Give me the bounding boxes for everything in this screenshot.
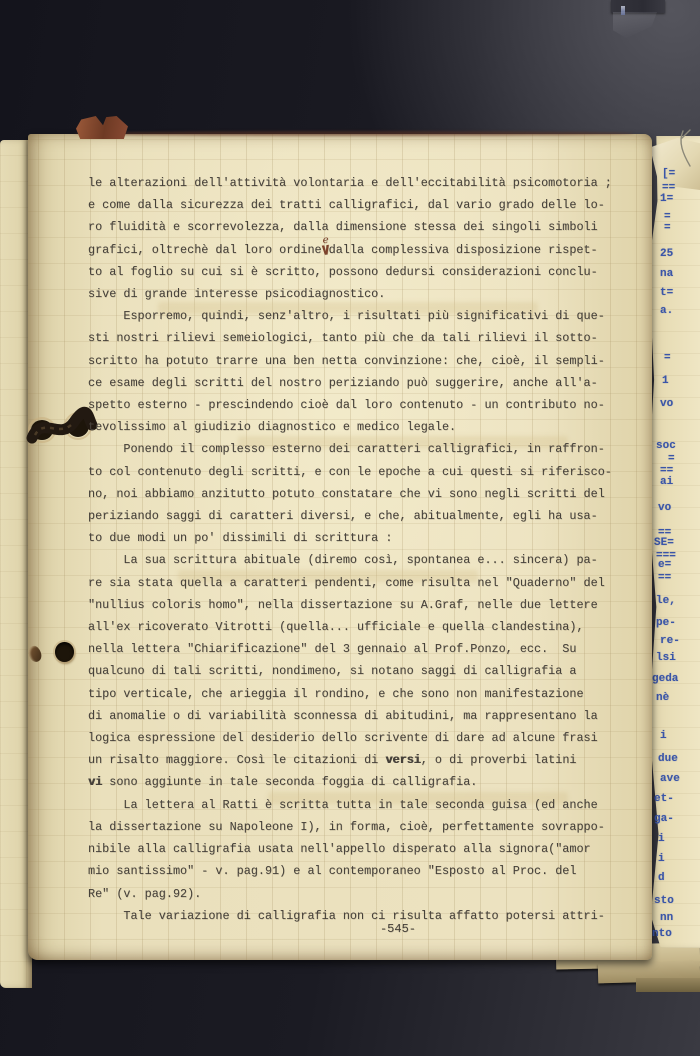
text-line: Esporremo, quindi, senz'altro, i risulta… bbox=[88, 305, 648, 327]
margin-fragment: 1 bbox=[662, 375, 669, 387]
document-page: le alterazioni dell'attività volontaria … bbox=[28, 134, 652, 960]
text-segment: di anomalie o di variabilità sconnessa d… bbox=[88, 709, 598, 723]
text-line: La lettera al Ratti è scritta tutta in t… bbox=[88, 794, 648, 816]
text-segment: , o di proverbi latini bbox=[421, 753, 577, 767]
page-top-edge bbox=[74, 131, 634, 136]
text-segment: logica espressione del desiderio dello s… bbox=[88, 731, 598, 745]
text-line: le alterazioni dell'attività volontaria … bbox=[88, 172, 648, 194]
text-line: nibile alla calligrafia usata nell'appel… bbox=[88, 838, 648, 860]
text-segment: "nullius coloris homo", nella dissertazi… bbox=[88, 598, 598, 612]
text-segment: spetto esterno - prescindendo cioè dal l… bbox=[88, 398, 605, 412]
pencil-squiggle bbox=[668, 126, 696, 170]
text-segment: scritto ha potuto trarre una ben netta c… bbox=[88, 354, 605, 368]
margin-fragment: et- bbox=[654, 793, 674, 805]
text-segment: to due modi un po' dissimili di scrittur… bbox=[88, 531, 392, 545]
scanned-document: [===1===25nat=a.=1vosoc===aivo==SE====e=… bbox=[0, 0, 700, 1056]
binding-cord bbox=[2, 392, 102, 462]
text-line: to col contenuto degli scritti, e con le… bbox=[88, 461, 648, 483]
text-line: logica espressione del desiderio dello s… bbox=[88, 727, 648, 749]
text-segment: e come dalla sicurezza dei tratti callig… bbox=[88, 198, 605, 212]
margin-fragment: i bbox=[660, 730, 667, 742]
text-segment: qualcuno di tali scritti, nondimeno, si … bbox=[88, 664, 576, 678]
text-line: sti nostri rilievi semeiologici, tanto p… bbox=[88, 327, 648, 349]
margin-fragment: = bbox=[668, 453, 675, 465]
typewritten-text: le alterazioni dell'attività volontaria … bbox=[88, 172, 648, 927]
text-segment: La lettera al Ratti è scritta tutta in t… bbox=[88, 798, 598, 812]
margin-fragment: lsi bbox=[656, 652, 676, 664]
margin-fragment: soc bbox=[656, 440, 676, 452]
margin-fragment: na bbox=[660, 268, 673, 280]
text-segment: no, noi abbiamo anzitutto potuto constat… bbox=[88, 487, 605, 501]
text-segment: nibile alla calligrafia usata nell'appel… bbox=[88, 842, 591, 856]
text-segment: mio santissimo" - v. pag.91) e al contem… bbox=[88, 864, 576, 878]
text-segment: to col contenuto degli scritti, e con le… bbox=[88, 465, 612, 479]
text-line: ce esame degli scritti del nostro perizi… bbox=[88, 372, 648, 394]
margin-fragment: nè bbox=[656, 692, 669, 704]
text-line: ro fluidità e scorrevolezza, dalla dimen… bbox=[88, 216, 648, 238]
text-segment: to al foglio su cui si è scritto, posson… bbox=[88, 265, 598, 279]
text-segment: periziando saggi di caratteri diversi, e… bbox=[88, 509, 598, 523]
torn-binding-scrap bbox=[76, 116, 128, 139]
margin-fragment: a. bbox=[660, 305, 673, 317]
margin-fragment: sto bbox=[654, 895, 674, 907]
margin-fragment: due bbox=[658, 753, 678, 765]
text-segment: sono aggiunte in tale seconda foggia di … bbox=[102, 775, 477, 789]
text-segment: grafici, oltrechè dal loro ordine bbox=[88, 243, 322, 257]
text-line: qualcuno di tali scritti, nondimeno, si … bbox=[88, 660, 648, 682]
margin-fragment: == bbox=[658, 572, 671, 584]
margin-fragment: nto bbox=[652, 928, 672, 940]
text-segment: Re" (v. pag.92). bbox=[88, 887, 201, 901]
text-segment: re sia stata quella a caratteri pendenti… bbox=[88, 576, 605, 590]
text-line: spetto esterno - prescindendo cioè dal l… bbox=[88, 394, 648, 416]
text-segment: un risalto maggiore. Così le citazioni d… bbox=[88, 753, 385, 767]
text-line: la dissertazione su Napoleone I), in for… bbox=[88, 816, 648, 838]
margin-fragment: geda bbox=[652, 673, 678, 685]
text-line: to due modi un po' dissimili di scrittur… bbox=[88, 527, 648, 549]
text-line: re sia stata quella a caratteri pendenti… bbox=[88, 572, 648, 594]
text-segment: sive di grande interesse psicodiagnostic… bbox=[88, 287, 385, 301]
margin-fragment: nn bbox=[660, 912, 673, 924]
margin-fragment: ai bbox=[660, 476, 673, 488]
margin-fragment: = bbox=[664, 352, 671, 364]
margin-fragment: 1= bbox=[660, 193, 673, 205]
text-segment: nella lettera "Chiarificazione" del 3 ge… bbox=[88, 642, 576, 656]
margin-fragment: pe- bbox=[656, 617, 676, 629]
margin-fragment: re- bbox=[660, 635, 680, 647]
text-segment: Esporremo, quindi, senz'altro, i risulta… bbox=[88, 309, 605, 323]
text-segment: all'ex ricoverato Vitrotti (quella... uf… bbox=[88, 620, 584, 634]
text-line: tipo verticale, che arieggia il rondino,… bbox=[88, 683, 648, 705]
text-segment: ro fluidità e scorrevolezza, dalla dimen… bbox=[88, 220, 598, 234]
text-segment: Ponendo il complesso esterno dei caratte… bbox=[88, 442, 605, 456]
margin-fragment: vo bbox=[658, 502, 671, 514]
text-line: "nullius coloris homo", nella dissertazi… bbox=[88, 594, 648, 616]
text-segment: la dissertazione su Napoleone I), in for… bbox=[88, 820, 605, 834]
corner-label bbox=[611, 0, 665, 13]
margin-fragment: e= bbox=[658, 559, 671, 571]
text-line: sive di grande interesse psicodiagnostic… bbox=[88, 283, 648, 305]
emphasized-text: vi bbox=[88, 775, 102, 789]
torn-hole bbox=[26, 644, 44, 664]
text-line: Ponendo il complesso esterno dei caratte… bbox=[88, 438, 648, 460]
punch-hole bbox=[55, 642, 74, 662]
page-number: -545- bbox=[328, 922, 468, 936]
margin-fragment: = bbox=[664, 222, 671, 234]
margin-fragment: vo bbox=[660, 398, 673, 410]
text-line: e come dalla sicurezza dei tratti callig… bbox=[88, 194, 648, 216]
text-segment: ce esame degli scritti del nostro perizi… bbox=[88, 376, 598, 390]
text-segment: dalla complessiva disposizione rispet- bbox=[329, 243, 598, 257]
text-segment: sti nostri rilievi semeiologici, tanto p… bbox=[88, 331, 598, 345]
text-line: La sua scrittura abituale (diremo così, … bbox=[88, 549, 648, 571]
margin-fragment: i bbox=[658, 833, 665, 845]
text-line: tevolissimo al giudizio diagnostico e me… bbox=[88, 416, 648, 438]
text-line: un risalto maggiore. Così le citazioni d… bbox=[88, 749, 648, 771]
text-segment: tipo verticale, che arieggia il rondino,… bbox=[88, 687, 584, 701]
text-line: di anomalie o di variabilità sconnessa d… bbox=[88, 705, 648, 727]
text-segment: Tale variazione di calligrafia non ci ri… bbox=[88, 909, 605, 923]
text-segment: le alterazioni dell'attività volontaria … bbox=[88, 176, 612, 190]
text-line: mio santissimo" - v. pag.91) e al contem… bbox=[88, 860, 648, 882]
text-line: periziando saggi di caratteri diversi, e… bbox=[88, 505, 648, 527]
margin-fragment: i bbox=[658, 853, 665, 865]
text-segment: tevolissimo al giudizio diagnostico e me… bbox=[88, 420, 456, 434]
margin-fragment: ave bbox=[660, 773, 680, 785]
margin-fragment: SE= bbox=[654, 537, 674, 549]
text-line: scritto ha potuto trarre una ben netta c… bbox=[88, 350, 648, 372]
handwritten-insertion: ∨e bbox=[322, 241, 329, 253]
margin-fragment: 25 bbox=[660, 248, 673, 260]
text-line: nella lettera "Chiarificazione" del 3 ge… bbox=[88, 638, 648, 660]
text-line: to al foglio su cui si è scritto, posson… bbox=[88, 261, 648, 283]
text-line: all'ex ricoverato Vitrotti (quella... uf… bbox=[88, 616, 648, 638]
text-line: no, noi abbiamo anzitutto potuto constat… bbox=[88, 483, 648, 505]
margin-fragment: t= bbox=[660, 287, 673, 299]
text-line: grafici, oltrechè dal loro ordine∨edalla… bbox=[88, 239, 648, 261]
margin-fragment: d bbox=[658, 872, 665, 884]
text-segment: La sua scrittura abituale (diremo così, … bbox=[88, 553, 598, 567]
margin-fragment: le, bbox=[656, 595, 676, 607]
margin-fragment: ga- bbox=[654, 813, 674, 825]
text-line: Re" (v. pag.92). bbox=[88, 883, 648, 905]
text-line: vi sono aggiunte in tale seconda foggia … bbox=[88, 771, 648, 793]
emphasized-text: versi bbox=[385, 753, 420, 767]
